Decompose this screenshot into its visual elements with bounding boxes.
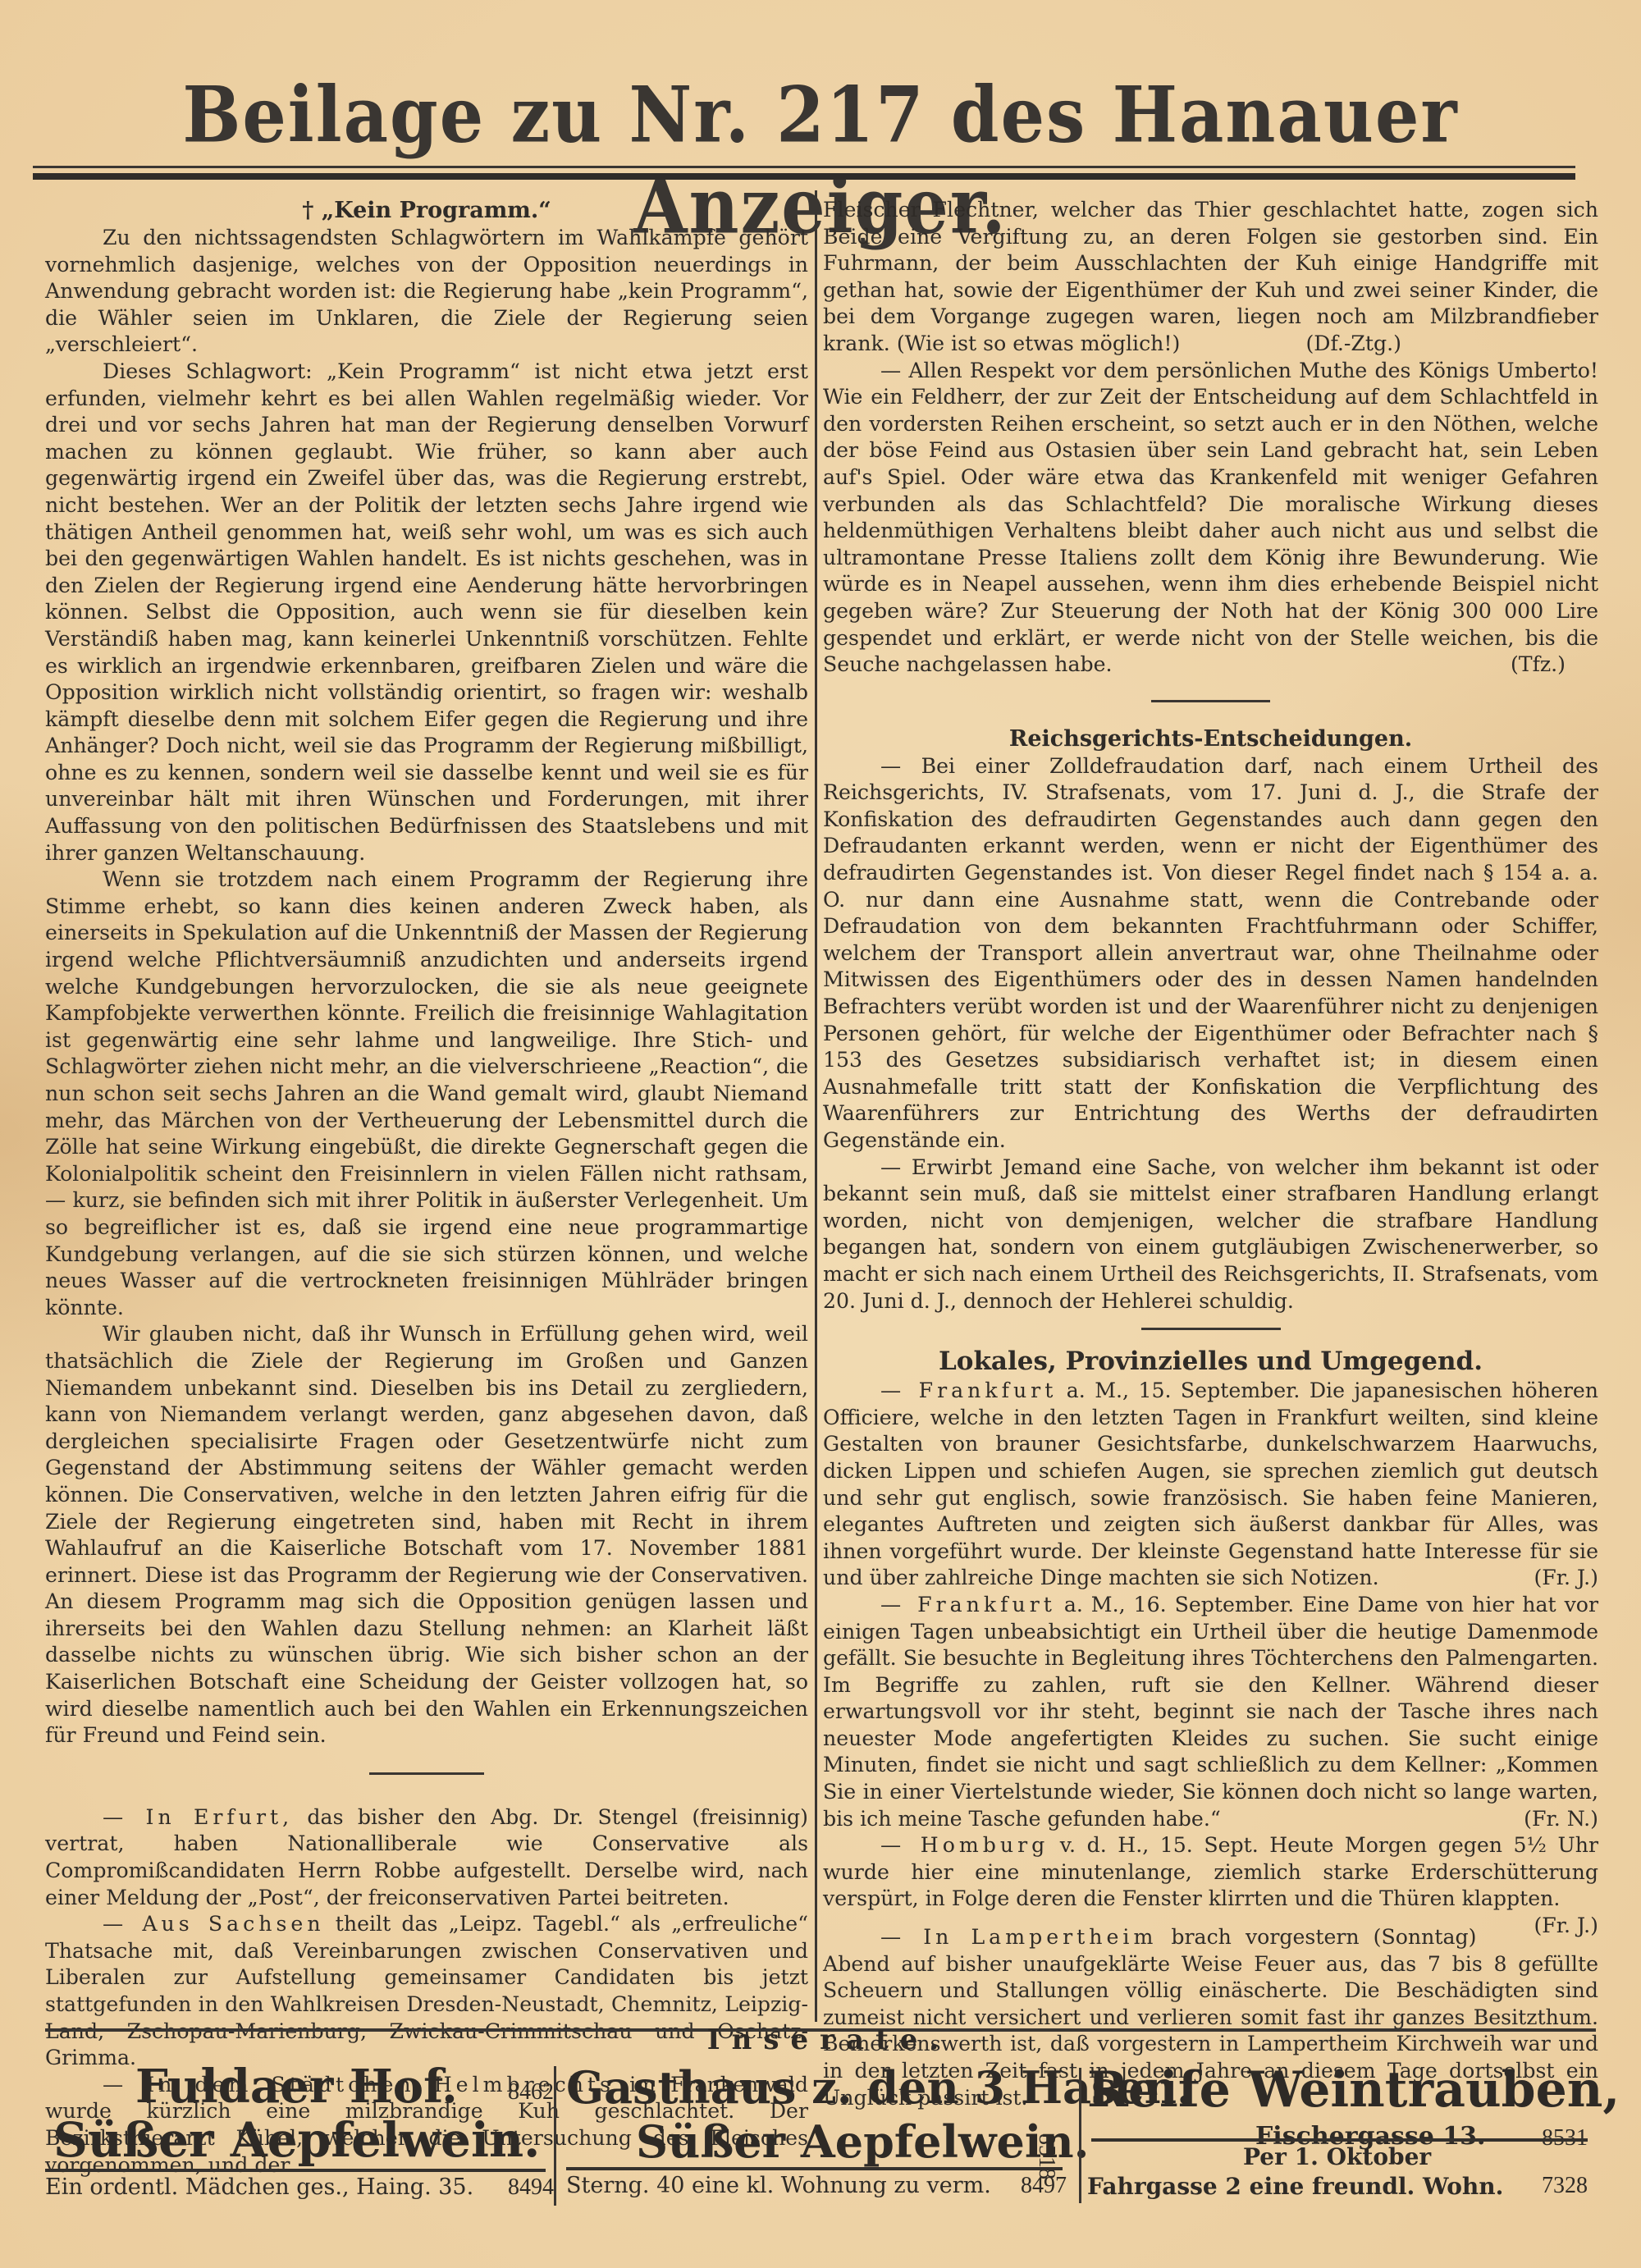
section-separator [1141, 1328, 1281, 1330]
masthead-rule-thin [33, 166, 1575, 168]
ad-rule [1091, 2138, 1588, 2142]
section-title-local: Lokales, Provinzielles und Umgegend. [823, 1345, 1598, 1378]
local-item: — Frankfurt a. M., 16. September. Eine D… [823, 1592, 1598, 1832]
local-text: a. M., 16. September. Eine Dame von hier… [823, 1593, 1598, 1831]
ad-subline: Süßer Aepfelwein. [53, 2112, 540, 2168]
classified-ad: Ein ordentl. Mädchen ges., Haing. 35. 84… [45, 2174, 554, 2207]
article-separator [369, 1772, 484, 1775]
article-paragraph: Zu den nichtssagendsten Schlagwörtern im… [45, 225, 808, 359]
ad-rule [566, 2167, 1063, 2170]
local-lead: — Homburg [880, 1833, 1049, 1857]
news-item: — In Erfurt, das bisher den Abg. Dr. Ste… [45, 1804, 808, 1911]
continued-article: Fleischer Flechtner, welcher das Thier g… [823, 197, 1598, 358]
article-title: † „Kein Programm.“ [45, 197, 808, 225]
local-lead: — Frankfurt [880, 1379, 1057, 1402]
ad-headline: Fuldaer Hof. [135, 2060, 458, 2114]
column-divider [815, 190, 817, 2022]
classified-text: Ein ordentl. Mädchen ges., Haing. 35. [45, 2174, 473, 2200]
classified-text: Fahrgasse 2 eine freundl. Wohn. [1087, 2173, 1503, 2200]
local-item: — Homburg v. d. H., 15. Sept. Heute Morg… [823, 1832, 1598, 1913]
article-text: — Allen Respekt vor dem persönlichen Mut… [823, 359, 1598, 677]
ad-rule [45, 2169, 546, 2172]
source-credit: (Fr. N.) [1466, 1806, 1598, 1833]
ad-divider [1079, 2068, 1081, 2203]
left-column: † „Kein Programm.“ Zu den nichtssagendst… [45, 197, 808, 2179]
article-paragraph: Wir glauben nicht, daß ihr Wunsch in Erf… [45, 1321, 808, 1749]
classified-text: Sterng. 40 eine kl. Wohnung zu verm. [566, 2173, 991, 2198]
ad-gasthaus-3-hasen: Gasthaus z. den 3 Hasen. Süßer Aepfelwei… [566, 2061, 1071, 2168]
source-credit: (Fr. J.) [1476, 1913, 1598, 1940]
right-column: Fleischer Flechtner, welcher das Thier g… [823, 197, 1598, 2111]
ad-subline: Süßer Aepfelwein. [636, 2115, 1089, 2168]
news-lead: — Aus Sachsen [103, 1912, 325, 1936]
article-text: Fleischer Flechtner, welcher das Thier g… [823, 198, 1598, 355]
classified-ad: Per 1. Oktober Fahrgasse 2 eine freundl.… [1087, 2143, 1596, 2209]
court-item: — Bei einer Zolldefraudation darf, nach … [823, 753, 1598, 1155]
local-item: — Frankfurt a. M., 15. September. Die ja… [823, 1378, 1598, 1592]
classified-number: 8494 [508, 2174, 554, 2201]
article-paragraph: Wenn sie trotzdem nach einem Programm de… [45, 867, 808, 1321]
news-lead: — In Erfurt, [103, 1805, 293, 1829]
local-text: a. M., 15. September. Die japanesischen … [823, 1379, 1598, 1589]
ad-headline: Reife Weintrauben, [1087, 2061, 1620, 2119]
news-item: — Allen Respekt vor dem persönlichen Mut… [823, 358, 1598, 679]
court-item: — Erwirbt Jemand eine Sache, von welcher… [823, 1155, 1598, 1315]
ad-number: 8462 [508, 2079, 554, 2106]
ads-section-title: Inserate. [615, 2023, 1042, 2056]
section-title-court: Reichsgerichts-Entscheidungen. [823, 725, 1598, 753]
local-lead: — In Lampertheim [880, 1925, 1157, 1949]
ad-divider [554, 2066, 556, 2206]
classified-number: 7328 [1542, 2173, 1588, 2199]
article-paragraph: Dieses Schlagwort: „Kein Programm“ ist n… [45, 359, 808, 867]
source-credit: (Df.-Ztg.) [1305, 331, 1401, 358]
local-lead: — Frankfurt [880, 1593, 1056, 1616]
classified-ad: Sterng. 40 eine kl. Wohnung zu verm. 849… [566, 2173, 1075, 2206]
classified-heading: Per 1. Oktober [1243, 2143, 1431, 2170]
newspaper-page: Beilage zu Nr. 217 des Hanauer Anzeiger.… [0, 0, 1641, 2268]
masthead-rule-thick [33, 173, 1575, 180]
source-credit: (Fr. J.) [1476, 1565, 1598, 1592]
classified-number: 8497 [1021, 2173, 1067, 2199]
section-separator [1151, 700, 1270, 702]
source-credit: (Tfz.) [1453, 652, 1566, 679]
